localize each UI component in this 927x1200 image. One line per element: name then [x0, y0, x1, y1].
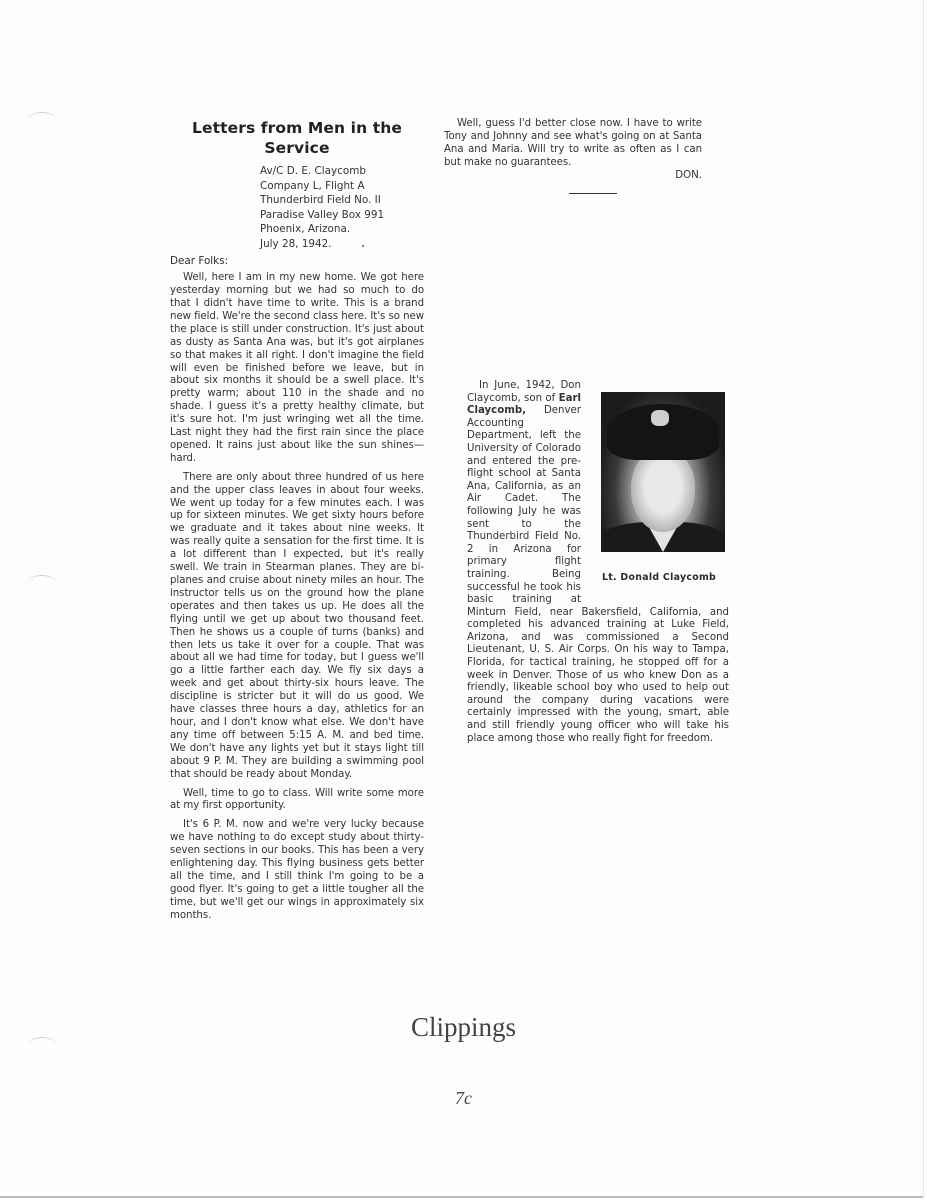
page-number: 7c [0, 1088, 927, 1109]
biography-clipping: Lt. Donald Claycomb In June, 1942, Don C… [467, 380, 729, 745]
photo-caption: Lt. Donald Claycomb [589, 572, 729, 585]
address-line: Phoenix, Arizona. [260, 222, 424, 237]
sender-address: Av/C D. E. Claycomb Company L, Flight A … [260, 164, 424, 252]
letter-paragraph: Well, here I am in my new home. We got h… [170, 272, 424, 466]
letter-paragraph: It's 6 P. M. now and we're very lucky be… [170, 819, 424, 922]
letter-continuation: Well, guess I'd better close now. I have… [444, 118, 702, 194]
page-edge [0, 1196, 923, 1198]
portrait-photo [601, 392, 725, 552]
letter-paragraph: Well, time to go to class. Will write so… [170, 788, 424, 814]
letter-paragraph: There are only about three hundred of us… [170, 472, 424, 782]
title-line-1: Letters from Men in the [192, 119, 402, 137]
letter-column: Letters from Men in the Service Av/C D. … [170, 118, 424, 923]
salutation: Dear Folks: [170, 254, 424, 269]
binder-hole-mark [28, 575, 56, 590]
closing-paragraph: Well, guess I'd better close now. I have… [444, 118, 702, 170]
address-line: Company L, Flight A [260, 179, 424, 194]
scan-speck [362, 245, 364, 247]
address-line: Thunderbird Field No. II [260, 193, 424, 208]
cap-insignia-icon [651, 410, 669, 426]
address-line: Av/C D. E. Claycomb [260, 164, 424, 179]
letter-date: July 28, 1942. [260, 237, 424, 252]
title-line-2: Service [264, 139, 329, 157]
address-line: Paradise Valley Box 991 [260, 208, 424, 223]
signature: DON. [444, 170, 702, 183]
section-title: Clippings [0, 1012, 927, 1043]
portrait-figure: Lt. Donald Claycomb [589, 382, 729, 592]
binder-hole-mark [28, 112, 56, 127]
section-divider [569, 193, 617, 194]
article-title: Letters from Men in the Service [170, 118, 424, 158]
